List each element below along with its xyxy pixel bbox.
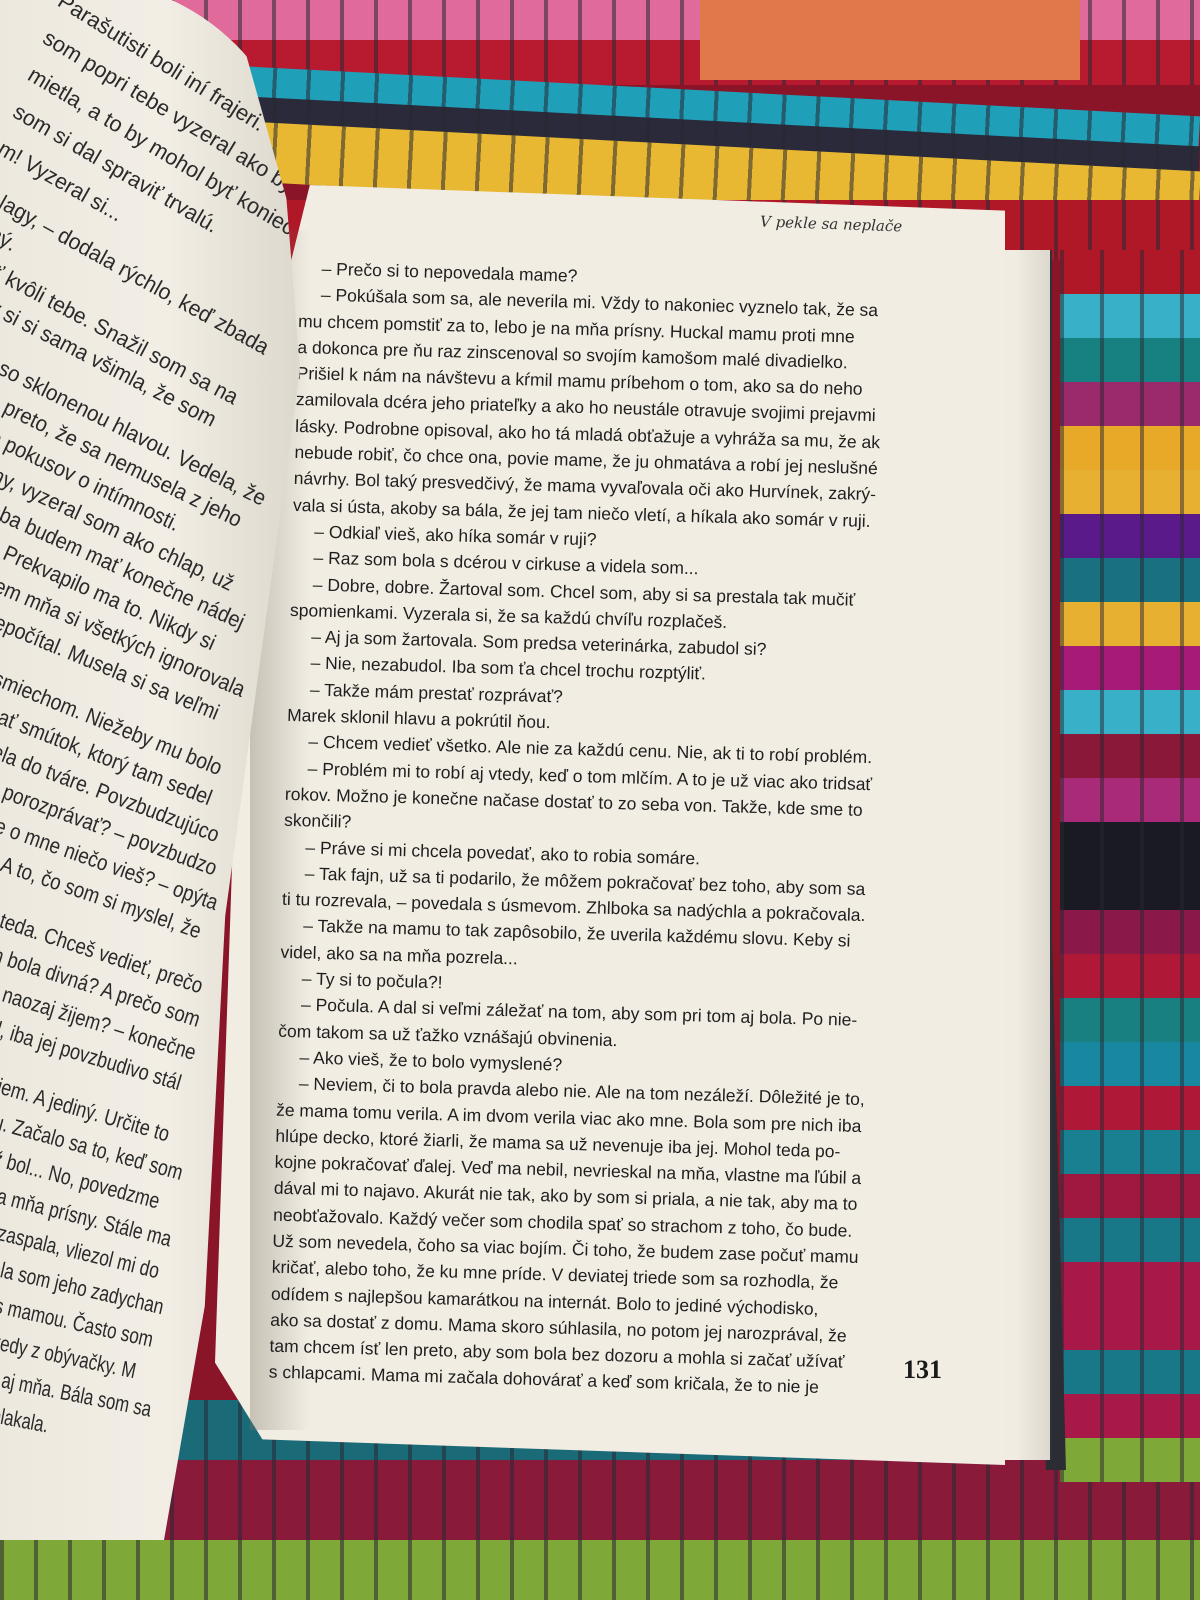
- page-number: 131: [903, 1355, 942, 1385]
- rug-stripe: [0, 1460, 1200, 1540]
- rug-right-edge: [1060, 250, 1200, 1500]
- rug-stripe-orange: [700, 0, 1080, 80]
- right-page-text: – Prečo si to nepovedala mame?– Pokúšala…: [268, 255, 939, 1403]
- text-line: i a plakala.: [0, 1397, 51, 1439]
- rug-stripe: [0, 1540, 1200, 1600]
